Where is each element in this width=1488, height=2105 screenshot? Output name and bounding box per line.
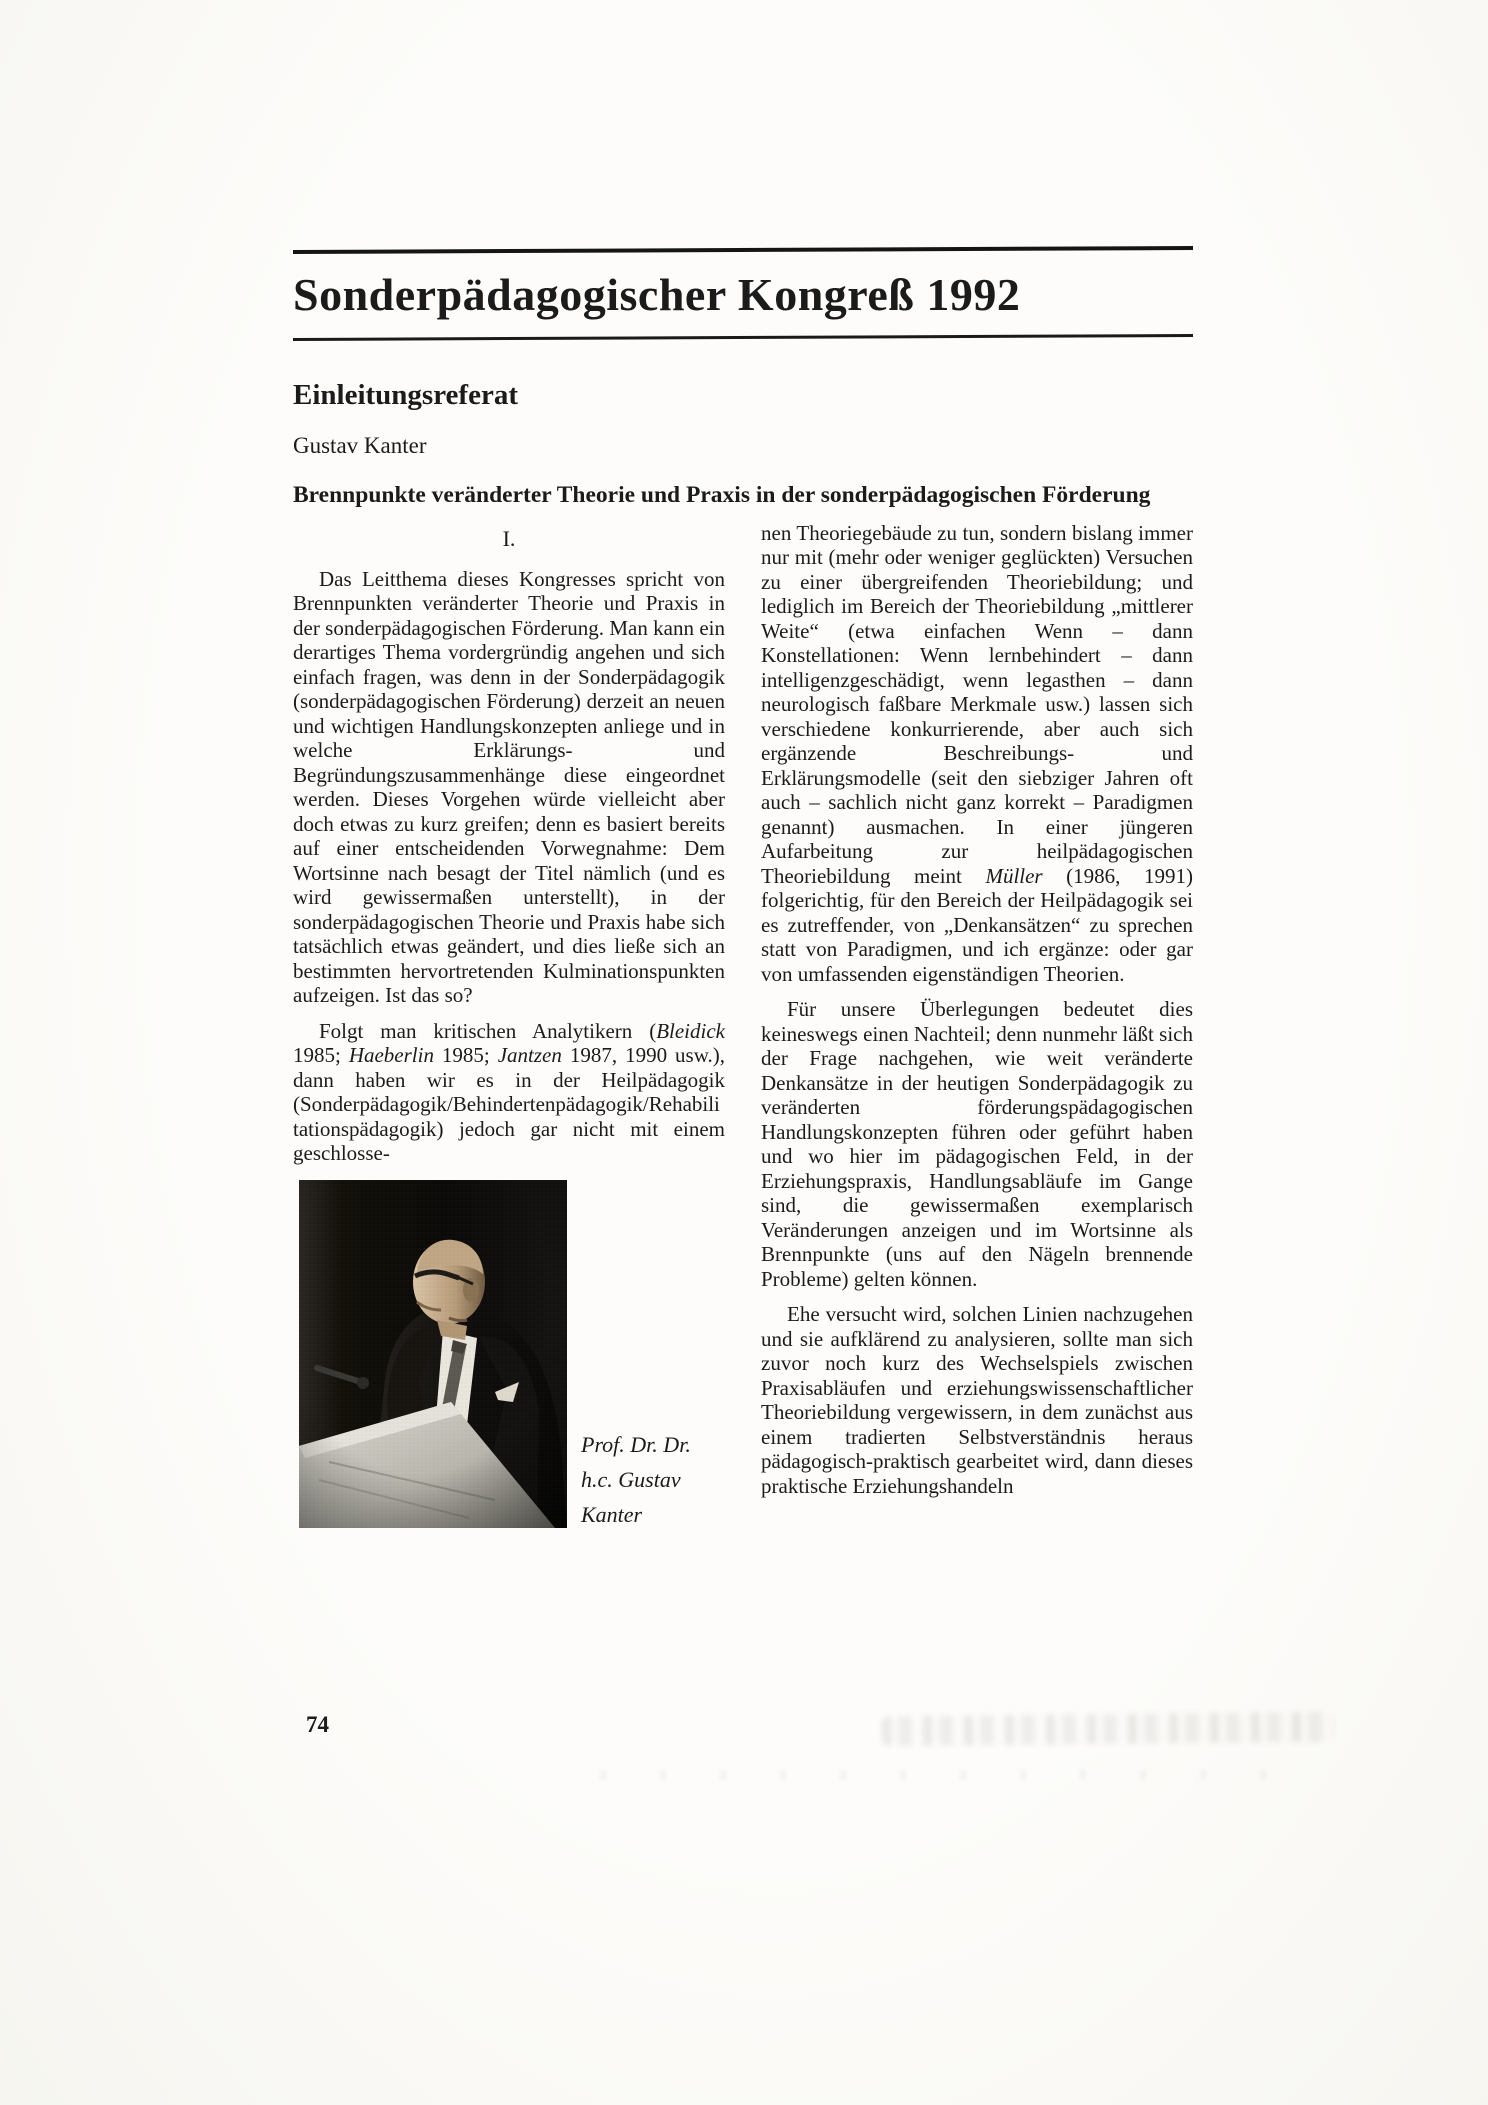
page-title: Sonderpädagogischer Kongreß 1992	[293, 269, 1193, 321]
right-column: nen Theoriegebäude zu tun, sondern bisla…	[761, 521, 1193, 1528]
scanned-page: { "colors": { "paper": "#fcfbf8", "ink":…	[0, 0, 1488, 2105]
paragraph: nen Theoriegebäude zu tun, sondern bisla…	[761, 521, 1193, 987]
photo-caption: Prof. Dr. Dr. h.c. Gustav Kanter	[581, 1427, 691, 1532]
article-title: Brennpunkte veränderter Theorie und Prax…	[293, 478, 1193, 512]
header-rule-top	[293, 246, 1193, 254]
header-rule-bottom	[293, 334, 1193, 341]
paragraph: Das Leitthema dieses Kongresses spricht …	[293, 567, 725, 1008]
paragraph: Ehe versucht wird, solchen Linien nachzu…	[761, 1302, 1193, 1498]
figure: Prof. Dr. Dr. h.c. Gustav Kanter	[299, 1180, 725, 1528]
page-number: 74	[306, 1712, 329, 1738]
print-smudge	[882, 1712, 1334, 1747]
two-column-text: I. Das Leitthema dieses Kongresses spric…	[293, 521, 1193, 1528]
paragraph: Folgt man kritischen Analytikern (Bleidi…	[293, 1019, 725, 1166]
paragraph: Für unsere Überlegungen bedeutet dies ke…	[761, 997, 1193, 1291]
section-heading: Einleitungsreferat	[293, 379, 1193, 412]
print-smudge-faint	[600, 1770, 1300, 1780]
speaker-photo-image	[299, 1180, 567, 1528]
section-numeral: I.	[293, 526, 725, 552]
author-name: Gustav Kanter	[293, 433, 1193, 459]
document-content: Sonderpädagogischer Kongreß 1992 Einleit…	[293, 0, 1193, 1528]
left-column: I. Das Leitthema dieses Kongresses spric…	[293, 521, 725, 1528]
speaker-photo	[299, 1180, 567, 1528]
